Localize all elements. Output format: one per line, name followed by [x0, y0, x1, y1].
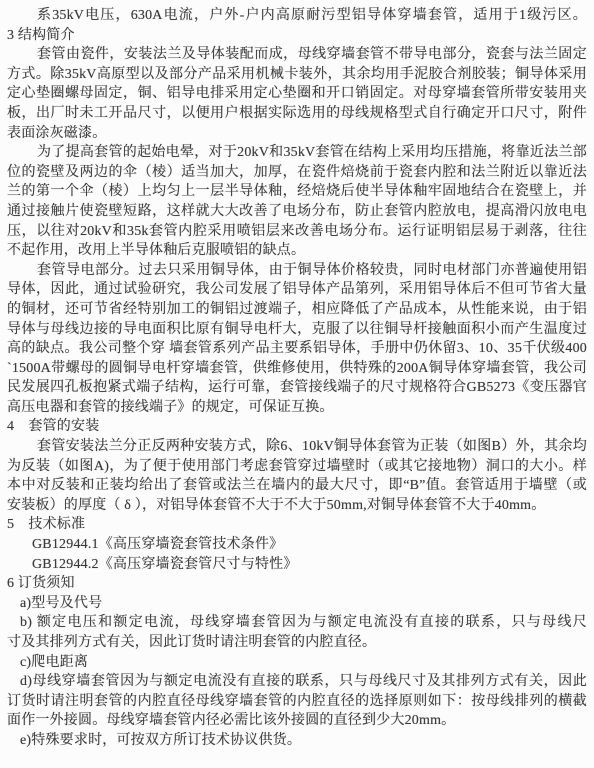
text-line: 导体，因此，通过试验研究，我公司发展了铝导体产品第列，采用铝导体后不但可节省大量 — [7, 280, 587, 300]
text-line: 本中对反装和正装均给出了套管或法兰在墙内的最大尺寸，即“B”值。套管适用于墙壁（… — [7, 476, 587, 496]
list-item: e)特殊要求时，可按双方所订技术协议供货。 — [7, 731, 587, 751]
list-item: b) 额定电压和额定电流，母线穿墙套管因为与额定电流没有直接的联系，只与母线尺 — [7, 613, 587, 633]
text-line: 系35kV电压，630A电流，户外-户内高原耐污型铝导体穿墙套管，适用于1级污区… — [7, 6, 587, 26]
text-line: 兰的第一个伞（棱）上均匀上一层半导体釉，经焙烧后使半导体釉牢固地结合在瓷壁上，并 — [7, 182, 587, 202]
text-line: 方式。除35kV高原型以及部分产品采用机械卡装外，其余均用手泥胶合剂胶装；铜导体… — [7, 65, 587, 85]
text-line: 套管由瓷件，安装法兰及导体装配而成，母线穿墙套管不带导电部分，瓷套与法兰固定 — [7, 45, 587, 65]
text-line: `1500A带螺母的圆铜导电杆穿墙套管，供维修使用，供特殊的200A铜导体穿墙套… — [7, 359, 587, 379]
text-line: 套管安装法兰分正反两种安装方式，除6、10kV铜导体套管为正装（如图B）外，其余… — [7, 437, 587, 457]
text-line: 为反装（如图A)，为了便于使用部门考虑套管穿过墙壁时（或其它接地物）洞口的大小。… — [7, 457, 587, 477]
list-item: a)型号及代号 — [7, 594, 587, 614]
text-line: 寸及其排列方式有关，因此订货时请注明套管的内腔直径。 — [7, 633, 587, 653]
text-line: 板，出厂时未工开品尺寸，以便用户根据实际选用的母线规格型式自行确定开口尺寸，附件 — [7, 104, 587, 124]
text-line: 安装板）的厚度（ δ ），对铝导体套管不大于不大于50mm,对铜导体套管不大于4… — [7, 496, 587, 516]
text-line: 导体与母线边接的导电面积比原有铜导电杆大，克服了以往铜导杆接触面积小而产生温度过 — [7, 320, 587, 340]
text-line: 套管导电部分。过去只采用铜导体，由于铜导体价格较贵，同时电材部门亦普遍使用铝 — [7, 261, 587, 281]
text-line: 高压电器和套管的接线端子》的规定，可保证互换。 — [7, 398, 587, 418]
text-line: 订货时请注明套管的内腔直径母线穿墙套管的内腔直径的选择原则如下：按母线排列的横截 — [7, 692, 587, 712]
standard-reference: GB12944.1《高压穿墙瓷套管技术条件》 — [7, 535, 587, 555]
section-heading: 6 订货须知 — [7, 574, 587, 594]
text-line: 通过接触片使瓷壁短路，这样就大大改善了电场分布，防止套管内腔放电，提高滑闪放电电 — [7, 202, 587, 222]
document-page: 系35kV电压，630A电流，户外-户内高原耐污型铝导体穿墙套管，适用于1级污区… — [0, 0, 594, 768]
text-line: 位的瓷壁及两边的伞（棱）适当加大，加厚，在瓷件焙烧前于瓷套内腔和法兰附近以靠近法 — [7, 163, 587, 183]
text-line: 定心垫圈螺母固定，铜、铝导电排采用定心垫圈和开口销固定。对母穿墙套管所带安装用夹 — [7, 84, 587, 104]
text-line: 表面涂灰磁漆。 — [7, 124, 587, 144]
text-line: 为了提高套管的起始电晕，对于20kV和35kV套管在结构上采用均压措施，将靠近法… — [7, 143, 587, 163]
text-line: 民发展四孔板抱紧式端子结构，运行可靠，套管接线端子的尺寸规格符合GB5273《变… — [7, 378, 587, 398]
section-heading: 3 结构简介 — [7, 26, 587, 46]
text-line: 的铜材，还可节省经特别加工的铜铝过渡端子，相应降低了产品成本，从性能来说，由于铝 — [7, 300, 587, 320]
text-line: 面作一外接圆。母线穿墙套管内径必需比该外接圆的直径到少大20mm。 — [7, 711, 587, 731]
section-heading: 4 套管的安装 — [7, 417, 587, 437]
section-heading: 5 技术标准 — [7, 515, 587, 535]
text-line: 不起作用，改用上半导体釉后克服喷铝的缺点。 — [7, 241, 587, 261]
text-line: 压，以往对20kV和35k套管内腔采用喷铝层来改善电场分布。运行证明铝层易于剥落… — [7, 222, 587, 242]
text-line: 高的缺点。我公司整个穿 墙套管系列产品主要系铝导体，手册中仍休留3、10、35千… — [7, 339, 587, 359]
list-item: d)母线穿墙套管因为与额定电流没有直接的联系，只与母线尺寸及其排列方式有关，因此 — [7, 672, 587, 692]
list-item: c)爬电距离 — [7, 653, 587, 673]
standard-reference: GB12944.2《高压穿墙瓷套管尺寸与特性》 — [7, 555, 587, 575]
